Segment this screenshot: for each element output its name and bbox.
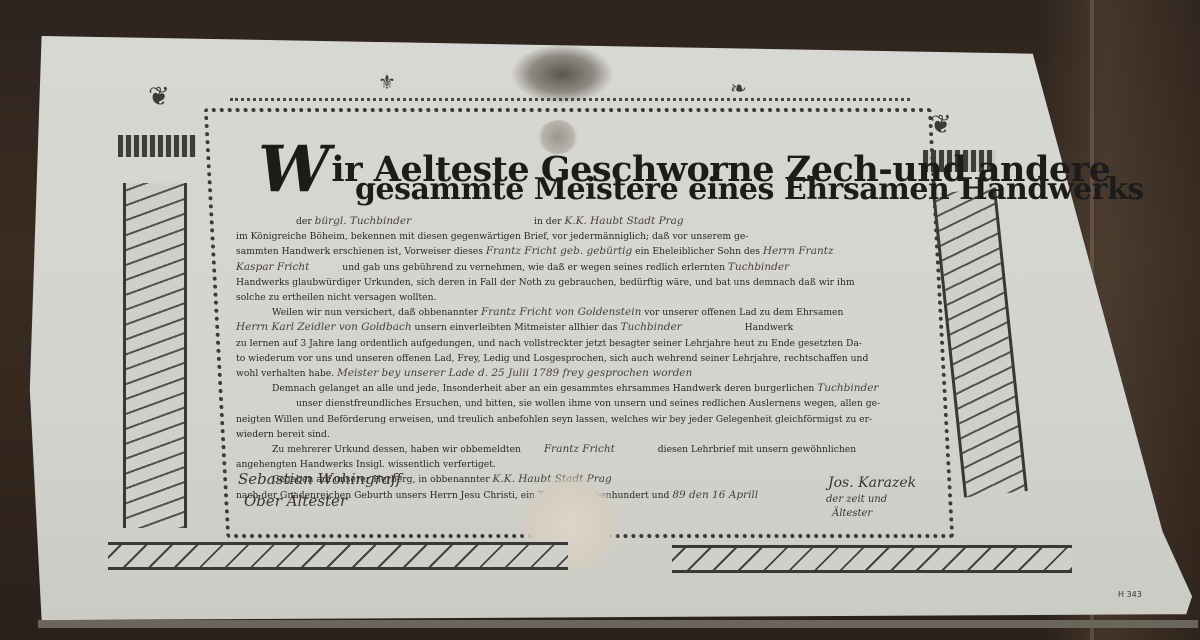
text-line: Weilen wir nun versichert, daß obbenannt… [236,305,916,320]
print-text: ein Eheleiblicher Sohn des [635,246,760,257]
signature-right-1: Jos. Karazek [828,475,916,491]
inventory-mark: H 343 [1118,590,1142,599]
handwritten-text: Meister bey unserer Lade d. 25 Julii 178… [337,367,692,379]
print-text: neigten Willen und Beförderung erweisen,… [236,414,872,425]
text-line: sammten Handwerk erschienen ist, Vorweis… [236,244,916,259]
print-text: to wiederum vor uns und unseren offenen … [236,353,868,364]
bottom-border-left [108,542,568,570]
text-line: im Königreiche Böheim, bekennen mit dies… [236,229,916,244]
text-line: Handwerks glaubwürdiger Urkunden, sich d… [236,275,916,290]
frame-top-border [230,98,910,107]
text-line: zu lernen auf 3 Jahre lang ordentlich au… [236,336,916,351]
print-text: unser dienstfreundliches Ersuchen, und b… [296,398,880,409]
decorated-initial: W [258,132,329,207]
left-column-capital [118,135,196,157]
signature-right-2: der zeit und [826,494,887,505]
print-text: vor unserer offenen Lad zu dem Ehrsamen [644,307,843,318]
text-line: Zu mehrerer Urkund dessen, haben wir obb… [236,442,916,457]
text-line: Demnach gelanget an alle und jede, Inson… [236,381,916,396]
bottom-border-right [672,545,1072,573]
handwritten-text: Frantz Fricht von Goldenstein [481,306,641,318]
handwritten-text: Frantz Fricht geb. gebürtig [486,245,632,257]
signature-left-2: Ober Ältester [244,492,347,510]
print-text: zu lernen auf 3 Jahre lang ordentlich au… [236,338,862,349]
print-text: Zu mehrerer Urkund dessen, haben wir obb… [272,444,521,455]
urn-ornament-icon: ⚜ [378,72,396,92]
print-text: im Königreiche Böheim, bekennen mit dies… [236,231,748,242]
text-line: solche zu ertheilen nicht versagen wollt… [236,290,916,305]
print-text: und gab uns gebührend zu vernehmen, wie … [312,262,725,273]
heading-line-2: gesammte Meistere eines Ehrsamen Handwer… [355,172,1144,207]
handwritten-text: Herrn Karl Zeidler von Goldbach [236,321,412,333]
floral-ornament-left-icon: ❦ [148,84,170,110]
left-decorative-column [123,183,187,528]
print-text: sammten Handwerk erschienen ist, Vorweis… [236,246,483,257]
handwritten-text: Herrn Frantz [763,245,834,257]
handwritten-text: 89 den 16 Aprill [672,489,758,501]
print-text: solche zu ertheilen nicht versagen wollt… [236,292,436,303]
print-text: Handwerks glaubwürdiger Urkunden, sich d… [236,277,855,288]
text-line: unser dienstfreundliches Ersuchen, und b… [236,396,916,411]
signature-right-3: Ältester [832,508,872,519]
text-line: wiedern bereit sind. [236,427,916,442]
signature-left-1: Sebastian Wohingraff [238,470,401,488]
handwritten-text: Tuchbinder [817,382,878,394]
print-text: Handwerk [685,322,794,333]
handwritten-text: Kaspar Fricht [236,261,309,273]
handwritten-text: Tuchbinder [620,321,681,333]
print-text: in der [414,216,562,227]
print-text: der [296,216,312,227]
text-line: neigten Willen und Beförderung erweisen,… [236,412,916,427]
print-text: Weilen wir nun versichert, daß obbenannt… [272,307,478,318]
text-line: Herrn Karl Zeidler von Goldbach unsern e… [236,320,916,335]
dragon-ornament-icon: ❧ [730,78,747,98]
print-text: wiedern bereit sind. [236,429,330,440]
text-line: Kaspar Fricht und gab uns gebührend zu v… [236,260,916,275]
lion-crest-ornament [512,45,612,103]
text-line: der bürgl. Tuchbinder in der K.K. Haubt … [236,214,916,229]
certificate-body: der bürgl. Tuchbinder in der K.K. Haubt … [236,214,916,503]
handwritten-text: bürgl. Tuchbinder [315,215,411,227]
print-text: wohl verhalten habe. [236,368,334,379]
handwritten-text: K.K. Haubt Stadt Prag [564,215,683,227]
print-text: angehengten Handwerks Insigl. wissentlic… [236,459,496,470]
handwritten-text: Tuchbinder [728,261,789,273]
text-line: to wiederum vor uns und unseren offenen … [236,351,916,366]
text-line: wohl verhalten habe. Meister bey unserer… [236,366,916,381]
print-text: Demnach gelanget an alle und jede, Inson… [272,383,814,394]
print-text: diesen Lehrbrief mit unsern gewöhnlichen [618,444,856,455]
print-text: unsern einverleibten Mitmeister allhier … [415,322,618,333]
handwritten-text: Frantz Fricht [524,443,615,455]
